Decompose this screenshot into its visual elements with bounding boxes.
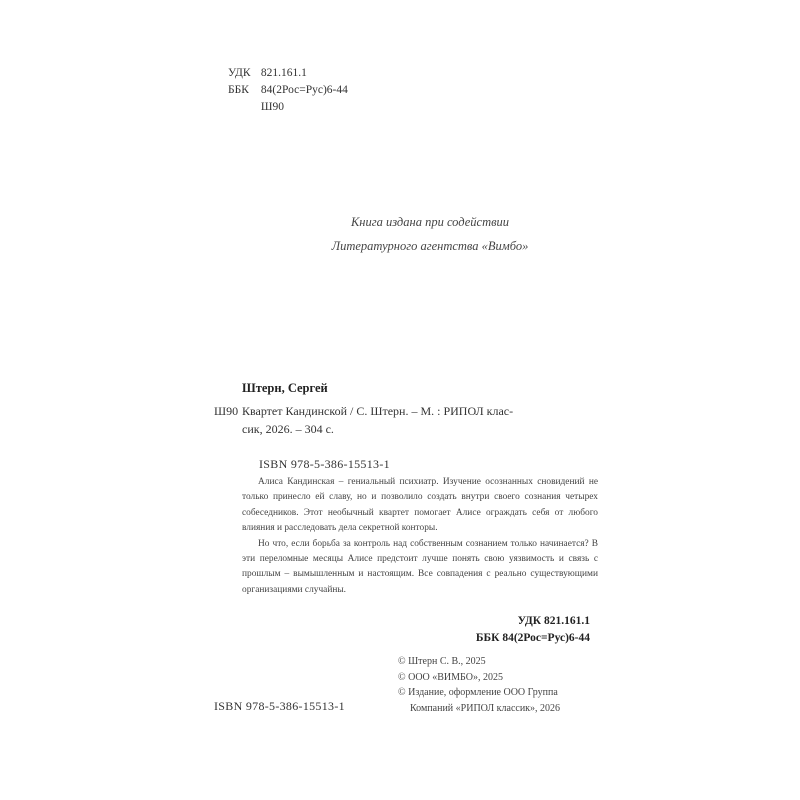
catalog-author: Штерн, Сергей [242, 381, 328, 396]
top-classification: УДК 821.161.1 ББК 84(2Рос=Рус)6-44 Ш90 [228, 65, 348, 116]
annotation-paragraph: Алиса Кандинская – гениальный психиатр. … [242, 475, 598, 537]
bottom-isbn: ISBN 978-5-386-15513-1 [214, 699, 345, 714]
bbk-row: ББК 84(2Рос=Рус)6-44 [228, 82, 348, 99]
bottom-classification: УДК 821.161.1 ББК 84(2Рос=Рус)6-44 [400, 613, 590, 647]
catalog-isbn: ISBN 978-5-386-15513-1 [259, 457, 390, 472]
catalog-author-mark: Ш90 [214, 402, 242, 420]
bibliographic-record: Ш90 Квартет Кандинской / С. Штерн. – М. … [214, 402, 614, 438]
udk-row: УДК 821.161.1 [228, 65, 348, 82]
copyright-block: © Штерн С. В., 2025 © ООО «ВИМБО», 2025 … [398, 654, 560, 716]
annotation-paragraph: Но что, если борьба за контроль над собс… [242, 537, 598, 599]
author-mark-row: Ш90 [228, 99, 348, 116]
annotation: Алиса Кандинская – гениальный психиатр. … [242, 475, 598, 598]
publication-note: Книга издана при содействии Литературног… [230, 210, 630, 258]
